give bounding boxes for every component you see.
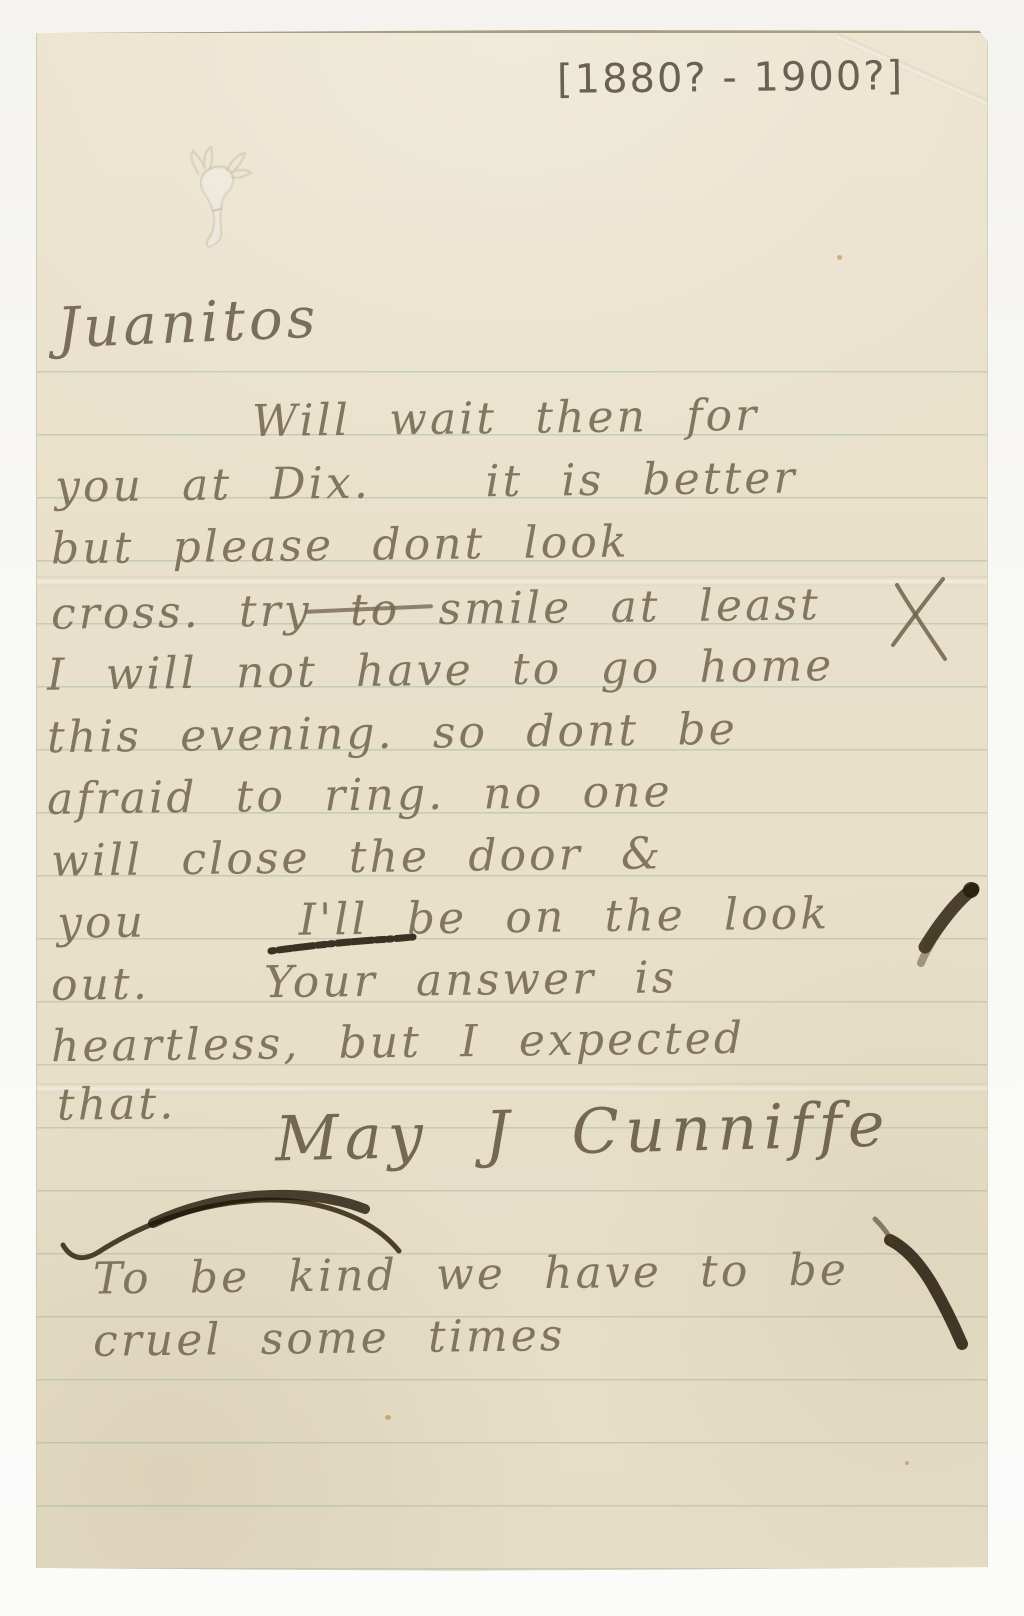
ink-stroke-right-mid — [925, 889, 973, 947]
letter-line-4: cross. try to smile at least — [51, 579, 821, 639]
stain-speck — [905, 1461, 909, 1465]
pencil-x-stroke-2 — [897, 585, 945, 659]
postscript-line-1: To be kind we have to be — [93, 1244, 850, 1304]
letter-line-5: I will not have to go home — [47, 640, 835, 701]
signature: May J Cunniffe — [274, 1087, 891, 1175]
postscript-line-2: cruel some times — [93, 1310, 566, 1367]
letter-line-2: you at Dix. it is better — [55, 452, 798, 512]
letter-line-8: will close the door & — [51, 828, 664, 886]
stain-speck — [385, 1415, 391, 1420]
letter-line-7: afraid to ring. no one — [47, 766, 673, 825]
ink-flourish-right — [890, 1240, 962, 1344]
ink-flourish-right-hook — [875, 1219, 892, 1242]
ink-flourish-left-pressure — [153, 1195, 365, 1223]
scan-background: { "page": { "description": "Scanned hand… — [0, 0, 1024, 1616]
letter-line-11: heartless, but I expected — [51, 1013, 746, 1072]
ink-stroke-right-mid-tail — [921, 933, 937, 963]
letter-line-1: Will wait then for — [252, 390, 760, 447]
ink-blob — [963, 882, 979, 898]
salutation: Juanitos — [56, 286, 321, 362]
pencil-x-stroke-1 — [893, 579, 943, 645]
date-annotation: [1880? - 1900?] — [557, 53, 905, 103]
embossed-seal-icon — [169, 141, 265, 249]
letter-line-9: you I'll be on the look — [57, 888, 831, 948]
stain-speck — [837, 255, 842, 260]
letter-line-12: that. — [57, 1078, 177, 1130]
letter-paper: [1880? - 1900?] Juanitos Will wait then … — [36, 30, 988, 1571]
letter-line-3: but please dont look — [51, 516, 630, 574]
ink-flourish-left — [63, 1200, 399, 1258]
letter-line-6: this evening. so dont be — [47, 704, 738, 763]
letter-line-10: out. Your answer is — [51, 952, 678, 1011]
